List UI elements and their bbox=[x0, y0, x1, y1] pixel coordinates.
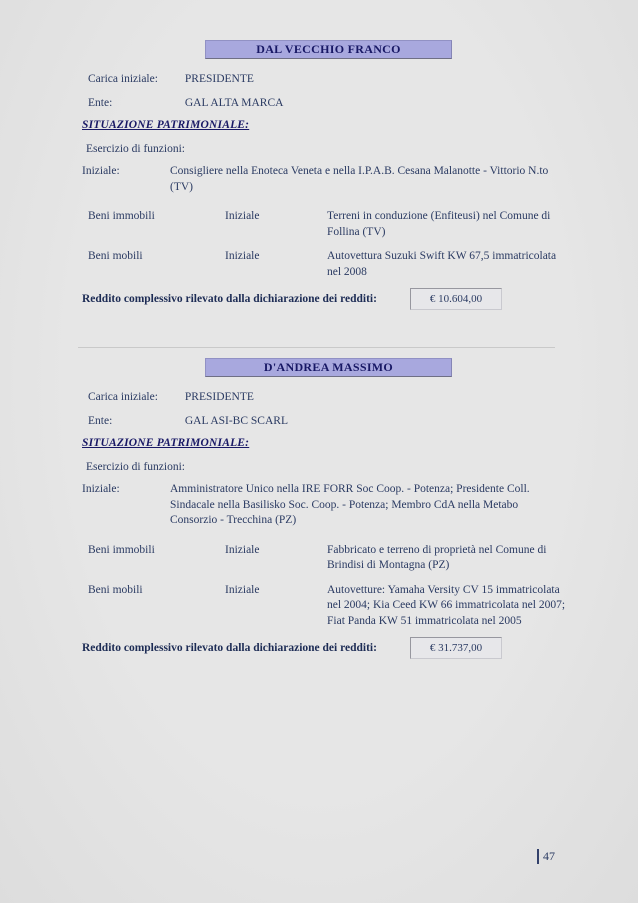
ente-value: GAL ASI-BC SCARL bbox=[185, 415, 288, 427]
reddito-label: Reddito complessivo rilevato dalla dichi… bbox=[82, 292, 404, 308]
situazione-patrimoniale-heading: SITUAZIONE PATRIMONIALE: bbox=[82, 436, 638, 452]
beni-mobili-value: Autovettura Suzuki Swift KW 67,5 immatri… bbox=[327, 249, 569, 280]
beni-mobili-label: Beni mobili bbox=[88, 583, 225, 630]
beni-mobili-periodo: Iniziale bbox=[225, 249, 327, 280]
page-number: 47 bbox=[537, 849, 555, 864]
declaration-section-dandrea-massimo: D'ANDREA MASSIMO Carica iniziale: PRESID… bbox=[0, 358, 638, 659]
carica-iniziale-row: Carica iniziale: PRESIDENTE bbox=[88, 390, 638, 406]
reddito-value-box: € 10.604,00 bbox=[410, 288, 502, 310]
ente-row: Ente: GAL ALTA MARCA bbox=[88, 96, 638, 112]
esercizio-iniziale-value: Consigliere nella Enoteca Veneta e nella… bbox=[170, 164, 567, 195]
ente-label: Ente: bbox=[88, 414, 182, 430]
carica-iniziale-row: Carica iniziale: PRESIDENTE bbox=[88, 72, 638, 88]
carica-iniziale-label: Carica iniziale: bbox=[88, 390, 182, 406]
esercizio-iniziale-row: Iniziale: Amministratore Unico nella IRE… bbox=[82, 482, 638, 529]
esercizio-di-funzioni-label: Esercizio di funzioni: bbox=[86, 142, 638, 158]
beni-mobili-row: Beni mobili Iniziale Autovetture: Yamaha… bbox=[88, 583, 638, 630]
beni-immobili-row: Beni immobili Iniziale Fabbricato e terr… bbox=[88, 543, 638, 574]
document-page: DAL VECCHIO FRANCO Carica iniziale: PRES… bbox=[0, 0, 638, 903]
person-name-banner: DAL VECCHIO FRANCO bbox=[205, 40, 452, 59]
iniziale-label: Iniziale: bbox=[82, 482, 170, 529]
beni-immobili-label: Beni immobili bbox=[88, 209, 225, 240]
carica-iniziale-value: PRESIDENTE bbox=[185, 73, 254, 85]
esercizio-di-funzioni-label: Esercizio di funzioni: bbox=[86, 460, 638, 476]
reddito-label: Reddito complessivo rilevato dalla dichi… bbox=[82, 641, 404, 657]
beni-mobili-row: Beni mobili Iniziale Autovettura Suzuki … bbox=[88, 249, 638, 280]
carica-iniziale-value: PRESIDENTE bbox=[185, 391, 254, 403]
carica-iniziale-label: Carica iniziale: bbox=[88, 72, 182, 88]
beni-immobili-value: Fabbricato e terreno di proprietà nel Co… bbox=[327, 543, 569, 574]
beni-immobili-periodo: Iniziale bbox=[225, 209, 327, 240]
ente-row: Ente: GAL ASI-BC SCARL bbox=[88, 414, 638, 430]
beni-mobili-label: Beni mobili bbox=[88, 249, 225, 280]
reddito-row: Reddito complessivo rilevato dalla dichi… bbox=[82, 292, 638, 310]
situazione-patrimoniale-heading: SITUAZIONE PATRIMONIALE: bbox=[82, 118, 638, 134]
beni-immobili-row: Beni immobili Iniziale Terreni in conduz… bbox=[88, 209, 638, 240]
declaration-section-dal-vecchio-franco: DAL VECCHIO FRANCO Carica iniziale: PRES… bbox=[0, 40, 638, 310]
ente-value: GAL ALTA MARCA bbox=[185, 97, 284, 109]
ente-label: Ente: bbox=[88, 96, 182, 112]
reddito-value-box: € 31.737,00 bbox=[410, 637, 502, 659]
iniziale-label: Iniziale: bbox=[82, 164, 170, 195]
beni-mobili-periodo: Iniziale bbox=[225, 583, 327, 630]
person-name: D'ANDREA MASSIMO bbox=[264, 360, 393, 374]
esercizio-iniziale-value: Amministratore Unico nella IRE FORR Soc … bbox=[170, 482, 567, 529]
beni-mobili-value: Autovetture: Yamaha Versity CV 15 immatr… bbox=[327, 583, 569, 630]
reddito-row: Reddito complessivo rilevato dalla dichi… bbox=[82, 641, 638, 659]
section-divider bbox=[78, 347, 555, 348]
esercizio-iniziale-row: Iniziale: Consigliere nella Enoteca Vene… bbox=[82, 164, 638, 195]
person-name-banner: D'ANDREA MASSIMO bbox=[205, 358, 452, 377]
beni-immobili-value: Terreni in conduzione (Enfiteusi) nel Co… bbox=[327, 209, 569, 240]
beni-immobili-periodo: Iniziale bbox=[225, 543, 327, 574]
person-name: DAL VECCHIO FRANCO bbox=[256, 42, 401, 56]
beni-immobili-label: Beni immobili bbox=[88, 543, 225, 574]
